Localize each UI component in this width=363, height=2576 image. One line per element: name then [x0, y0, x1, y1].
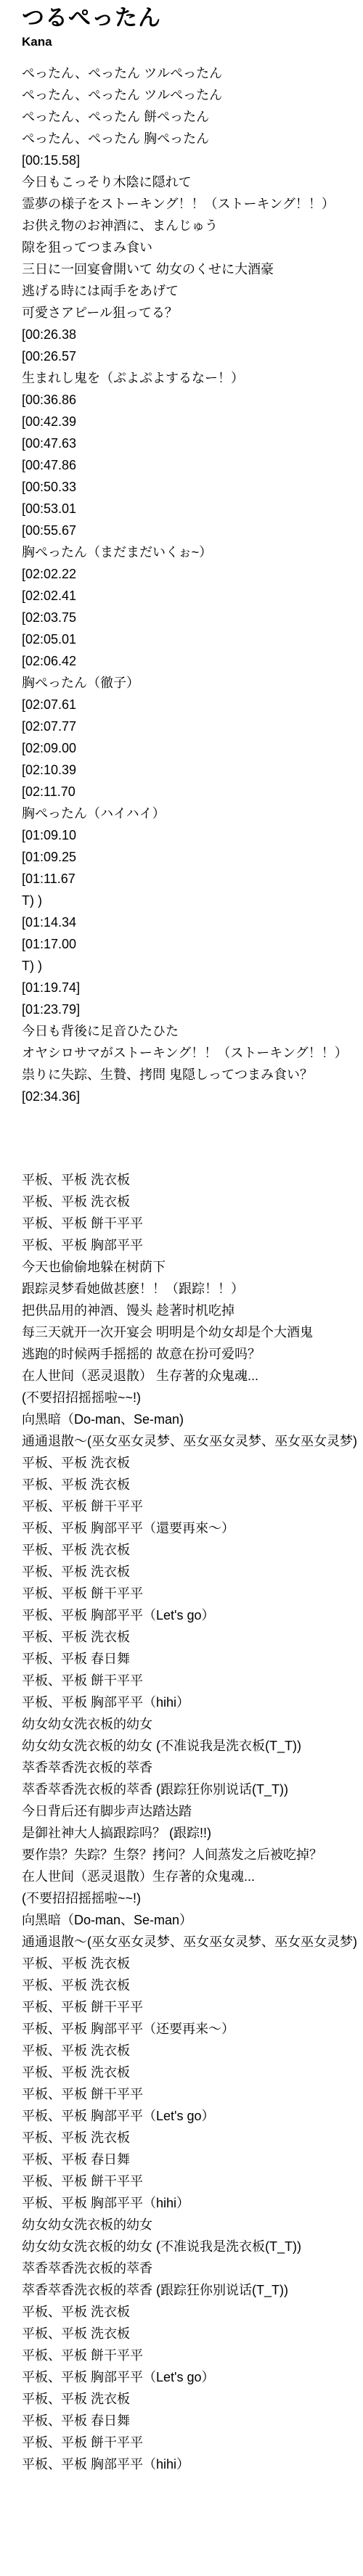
- lyric-line: 胸ぺったん（まだまだいくぉ~）: [22, 541, 363, 563]
- lyric-line: 向黑暗（Do-man、Se-man）: [22, 1909, 363, 1931]
- lyric-line: 萃香萃香洗衣板的萃香 (跟踪狂你别说话(T_T)): [22, 1779, 363, 1800]
- lyric-line: 幼女幼女洗衣板的幼女: [22, 1713, 363, 1735]
- lyric-line: [02:34.36]: [22, 1086, 363, 1107]
- lyric-line: 平板、平板 餅干平平: [22, 2083, 363, 2105]
- lyric-line: 平板、平板 洗衣板: [22, 1974, 363, 1996]
- lyric-line: [00:53.01: [22, 498, 363, 520]
- lyric-line: [02:02.41: [22, 585, 363, 607]
- lyric-line: 平板、平板 洗衣板: [22, 1191, 363, 1213]
- lyric-line: 平板、平板 春日舞: [22, 2149, 363, 2170]
- lyric-line: [00:50.33: [22, 476, 363, 498]
- lyric-line: 可愛さアピール狙ってる？: [22, 302, 363, 324]
- lyric-line: (不要招招摇摇啦~~!): [22, 1387, 363, 1408]
- lyric-line: [00:15.58]: [22, 149, 363, 171]
- lyric-line: 今日背后还有脚步声达踏达踏: [22, 1800, 363, 1822]
- lyric-line: 跟踪灵梦看她做甚麽！！（跟踪！！）: [22, 1278, 363, 1300]
- lyric-line: 平板、平板 洗衣板: [22, 2323, 363, 2345]
- lyric-line: T) ): [22, 890, 363, 911]
- lyric-line: [00:55.67: [22, 520, 363, 541]
- lyric-line: 通通退散～(巫女巫女灵梦、巫女巫女灵梦、巫女巫女灵梦): [22, 1430, 363, 1452]
- lyric-line: 幼女幼女洗衣板的幼女 (不准说我是洗衣板(T_T)): [22, 1735, 363, 1757]
- lyric-line: 要作祟？失踪？生祭？拷问？人间蒸发之后被吃掉？: [22, 1844, 363, 1866]
- lyric-line: [00:26.57: [22, 345, 363, 367]
- lyric-line: [01:09.10: [22, 824, 363, 846]
- lyric-line: [00:36.86: [22, 389, 363, 411]
- lyric-line: [02:03.75: [22, 607, 363, 628]
- lyric-line: [02:07.61: [22, 694, 363, 715]
- japanese-lyrics-section: ぺったん、ぺったん ツルぺったんぺったん、ぺったん ツルぺったんぺったん、ぺった…: [22, 62, 363, 1107]
- lyric-line: 平板、平板 洗衣板: [22, 1539, 363, 1561]
- lyric-line: 平板、平板 胸部平平（Let's go）: [22, 1604, 363, 1626]
- lyric-line: 平板、平板 餅干平平: [22, 2170, 363, 2192]
- lyric-line: 胸ぺったん（ハイハイ）: [22, 803, 363, 824]
- lyric-line: [01:11.67: [22, 868, 363, 890]
- lyric-line: 平板、平板 洗衣板: [22, 1953, 363, 1974]
- lyric-line: T) ): [22, 955, 363, 977]
- lyric-line: 通通退散～(巫女巫女灵梦、巫女巫女灵梦、巫女巫女灵梦): [22, 1931, 363, 1953]
- lyric-line: 平板、平板 洗衣板: [22, 1169, 363, 1191]
- lyric-line: 平板、平板 胸部平平（還要再來～）: [22, 1517, 363, 1539]
- lyric-line: 平板、平板 餅干平平: [22, 2345, 363, 2366]
- lyric-line: 萃香萃香洗衣板的萃香 (跟踪狂你别说话(T_T)): [22, 2279, 363, 2301]
- lyric-line: 今日もこっそり木陰に隠れて: [22, 171, 363, 193]
- lyric-line: 平板、平板 洗衣板: [22, 1452, 363, 1474]
- lyric-line: 平板、平板 胸部平平（hihi）: [22, 1691, 363, 1713]
- lyric-line: 幼女幼女洗衣板的幼女: [22, 2214, 363, 2236]
- lyric-line: [02:05.01: [22, 628, 363, 650]
- lyric-line: 平板、平板 洗衣板: [22, 1474, 363, 1496]
- lyric-line: ぺったん、ぺったん 胸ぺったん: [22, 128, 363, 149]
- artist-name: Kana: [22, 34, 363, 50]
- lyric-line: 萃香萃香洗衣板的萃香: [22, 1757, 363, 1779]
- lyric-line: 向黑暗（Do-man、Se-man): [22, 1408, 363, 1430]
- lyric-line: [02:07.77: [22, 715, 363, 737]
- lyric-line: [02:02.22: [22, 563, 363, 585]
- lyric-line: 平板、平板 胸部平平（hihi）: [22, 2192, 363, 2214]
- lyric-line: 平板、平板 胸部平平: [22, 1234, 363, 1256]
- lyric-line: 萃香萃香洗衣板的萃香: [22, 2257, 363, 2279]
- lyric-line: [02:10.39: [22, 759, 363, 781]
- lyric-line: [02:06.42: [22, 650, 363, 672]
- lyric-line: 平板、平板 春日舞: [22, 2410, 363, 2432]
- lyrics-page: つるぺったん Kana ぺったん、ぺったん ツルぺったんぺったん、ぺったん ツル…: [0, 0, 363, 2475]
- lyric-line: [02:09.00: [22, 737, 363, 759]
- lyric-line: 平板、平板 洗衣板: [22, 2127, 363, 2149]
- lyric-line: 把供品用的神酒、馒头 趁著时机吃掉: [22, 1300, 363, 1321]
- lyric-line: (不要招招摇摇啦~~!): [22, 1887, 363, 1909]
- lyric-line: 三日に一回宴會開いて 幼女のくせに大酒豪: [22, 258, 363, 280]
- lyric-line: 平板、平板 餅干平平: [22, 1496, 363, 1517]
- lyric-line: 生まれし鬼を（ぷよぷよするなー！）: [22, 367, 363, 389]
- lyric-line: [01:09.25: [22, 846, 363, 868]
- lyric-line: 逃跑的时候两手摇摇的 故意在扮可爱吗？: [22, 1343, 363, 1365]
- lyric-line: 平板、平板 洗衣板: [22, 2301, 363, 2323]
- lyric-line: [01:14.34: [22, 911, 363, 933]
- lyric-line: 平板、平板 餅干平平: [22, 1996, 363, 2018]
- lyric-line: 平板、平板 洗衣板: [22, 2062, 363, 2083]
- lyric-line: 隙を狙ってつまみ食い: [22, 237, 363, 258]
- lyric-line: 今天也偷偷地躲在树荫下: [22, 1256, 363, 1278]
- lyric-line: 平板、平板 餅干平平: [22, 1670, 363, 1691]
- lyric-line: 祟りに失踪、生贄、拷問 鬼隠しってつまみ食い？: [22, 1064, 363, 1086]
- lyric-line: ぺったん、ぺったん ツルぺったん: [22, 62, 363, 84]
- lyric-line: 平板、平板 洗衣板: [22, 1626, 363, 1648]
- lyric-line: ぺったん、ぺったん 餅ぺったん: [22, 106, 363, 128]
- lyric-line: 平板、平板 洗衣板: [22, 2388, 363, 2410]
- lyric-line: 逃げる時には両手をあげて: [22, 280, 363, 302]
- lyric-line: 平板、平板 洗衣板: [22, 2040, 363, 2062]
- lyric-line: 平板、平板 胸部平平（hihi）: [22, 2453, 363, 2475]
- lyric-line: 平板、平板 胸部平平（Let's go）: [22, 2105, 363, 2127]
- lyric-line: お供え物のお神酒に、まんじゅう: [22, 215, 363, 237]
- lyric-line: [01:17.00: [22, 933, 363, 955]
- lyric-line: 霊夢の様子をストーキング！！（ストーキング！！）: [22, 193, 363, 215]
- lyric-line: [01:19.74]: [22, 977, 363, 998]
- lyric-line: 今日も背後に足音ひたひた: [22, 1020, 363, 1042]
- lyric-line: 每三天就开一次开宴会 明明是个幼女却是个大酒鬼: [22, 1321, 363, 1343]
- lyric-line: 胸ぺったん（徹子）: [22, 672, 363, 694]
- page-title: つるぺったん: [22, 4, 363, 32]
- lyric-line: 是御社神大人搞跟踪吗？ (跟踪!!): [22, 1822, 363, 1844]
- lyric-line: 平板、平板 春日舞: [22, 1648, 363, 1670]
- lyric-line: オヤシロサマがストーキング！！（ストーキング！！）: [22, 1042, 363, 1064]
- lyric-line: 在人世间（恶灵退散）生存著的众鬼魂...: [22, 1866, 363, 1887]
- lyric-line: [01:23.79]: [22, 998, 363, 1020]
- lyric-line: [00:26.38: [22, 324, 363, 345]
- lyric-line: 幼女幼女洗衣板的幼女 (不准说我是洗衣板(T_T)): [22, 2236, 363, 2257]
- lyric-line: 平板、平板 洗衣板: [22, 1561, 363, 1583]
- lyric-line: [00:42.39: [22, 411, 363, 432]
- lyric-line: 平板、平板 餅干平平: [22, 1213, 363, 1234]
- lyric-line: [00:47.86: [22, 454, 363, 476]
- lyric-line: 在人世间（恶灵退散） 生存著的众鬼魂...: [22, 1365, 363, 1387]
- lyric-line: 平板、平板 餅干平平: [22, 2432, 363, 2453]
- chinese-translation-section: 平板、平板 洗衣板平板、平板 洗衣板平板、平板 餅干平平平板、平板 胸部平平今天…: [22, 1169, 363, 2475]
- lyric-line: 平板、平板 胸部平平（还要再来～）: [22, 2018, 363, 2040]
- lyric-line: 平板、平板 胸部平平（Let's go）: [22, 2366, 363, 2388]
- lyric-line: [00:47.63: [22, 432, 363, 454]
- lyric-line: ぺったん、ぺったん ツルぺったん: [22, 84, 363, 106]
- lyric-line: 平板、平板 餅干平平: [22, 1583, 363, 1604]
- lyric-line: [02:11.70: [22, 781, 363, 803]
